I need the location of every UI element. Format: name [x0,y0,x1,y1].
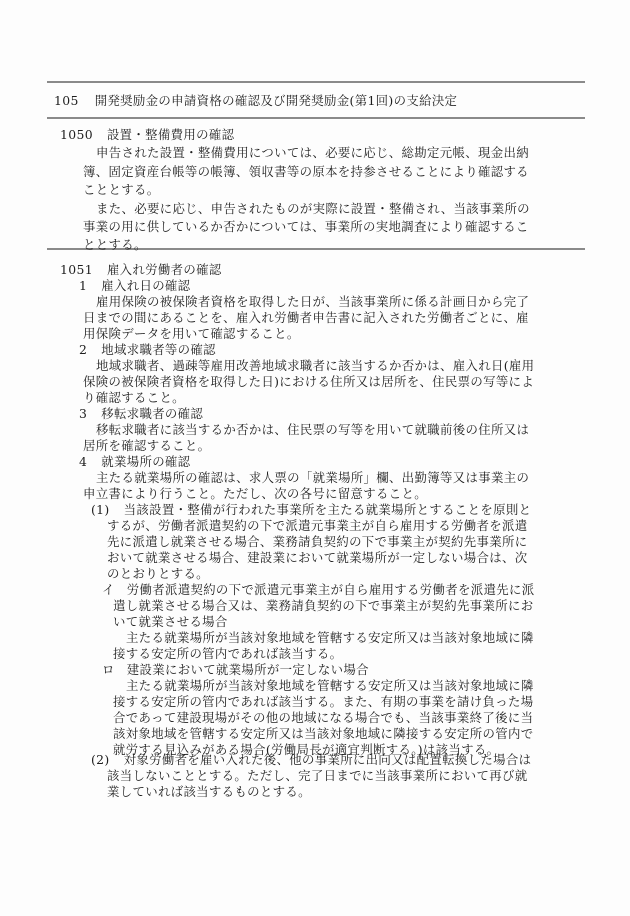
case-ro: ロ建設業において就業場所が一定しない場合 [102,662,369,678]
paragraph-line: おいて就業させる場合、建設業において就業場所が一定しない場合は、次 [107,550,527,566]
case-i: イ労働者派遣契約の下で派遣元事業主が自ら雇用する労働者を派遣先に派 [102,582,534,598]
paragraph-line: 主たる就業場所が当該対象地域を管轄する安定所又は当該対象地域に隣 [126,630,534,646]
top-rule [47,81,585,83]
paragraph-line: 日までの間にあることを、雇入れ労働者申告書に記入された労働者ごとに、雇 [83,310,529,326]
paragraph-line: 居所を確認すること。 [83,438,210,454]
paragraph-line: 地域求職者、過疎等雇用改善地域求職者に該当するか否かは、雇入れ日(雇用 [96,358,534,374]
paragraph-line: 事業の用に供しているか否かについては、事業所の実地調査により確認するこ [83,219,529,235]
paragraph-line: 用保険データを用いて確認すること。 [83,326,300,342]
paragraph-line: り確認すること。 [83,390,185,406]
header-bottom-rule [47,117,585,119]
subitem-1: (1)当該設置・整備が行われた事業所を主たる就業場所とすることを原則と [91,502,531,518]
paragraph-line: 遣し就業させる場合又は、業務請負契約の下で事業主が契約先事業所にお [113,598,533,614]
item-4-heading: 4就業場所の確認 [79,454,190,470]
paragraph-line: 移転求職者に該当するか否かは、住民票の写等を用いて就職前後の住所又は [96,422,529,438]
paragraph-line: 主たる就業場所が当該対象地域を管轄する安定所又は当該対象地域に隣 [126,678,534,694]
paragraph-line: 該当しないこととする。ただし、完了日までに当該事業所において再び就 [107,768,527,784]
paragraph-line: 接する安定所の管内であれば該当する。また、有期の事業を請け負った場 [113,694,533,710]
paragraph-line: ととする。 [83,237,147,253]
paragraph-line: 主たる就業場所の確認は、求人票の「就業場所」欄、出勤簿等又は事業主の [96,470,529,486]
section-number: 1051 [60,262,93,278]
paragraph-line: のとおりとする。 [107,566,209,582]
section-1051-heading: 1051雇入れ労働者の確認 [60,262,222,278]
header-number: 105 [54,93,79,109]
paragraph-line: こととする。 [83,182,159,198]
paragraph-line: いて就業させる場合 [113,614,228,630]
paragraph-line: 該対象地域を管轄する安定所又は当該対象地域に隣接する安定所の管内で [113,726,533,742]
paragraph-line: 簿、固定資産台帳等の帳簿、領収書等の原本を持参させることにより確認する [83,164,529,180]
section-1050-heading: 1050設置・整備費用の確認 [60,127,234,143]
subitem-2: (2)対象労働者を雇い入れた後、他の事業所に出向又は配置転換した場合は [91,752,531,768]
paragraph-line: 申告された設置・整備費用については、必要に応じ、総勘定元帳、現金出納 [96,145,529,161]
paragraph-line: するが、労働者派遣契約の下で派遣元事業主が自ら雇用する労働者を派遣 [107,518,527,534]
section-heading: 雇入れ労働者の確認 [107,262,222,277]
paragraph-line: 接する安定所の管内であれば該当する。 [113,646,342,662]
item-2-heading: 2地域求職者等の確認 [79,342,216,358]
header-title: 開発奨励金の申請資格の確認及び開発奨励金(第1回)の支給決定 [95,93,458,108]
paragraph-line: 保険の被保険者資格を取得した日)における住所又は居所を、住民票の写等によ [83,374,534,390]
paragraph-line: 雇用保険の被保険者資格を取得した日が、当該事業所に係る計画日から完了 [96,294,529,310]
section-heading: 設置・整備費用の確認 [107,127,234,142]
item-1-heading: 1雇入れ日の確認 [79,278,190,294]
page-header: 105開発奨励金の申請資格の確認及び開発奨励金(第1回)の支給決定 [54,93,457,109]
paragraph-line: 合であって建設現場がその他の地域になる場合でも、当該事業終了後に当 [113,710,533,726]
paragraph-line: 先に派遣し就業させる場合、業務請負契約の下で事業主が契約先事業所に [107,534,527,550]
item-3-heading: 3移転求職者の確認 [79,406,203,422]
paragraph-line: 業していれば該当するものとする。 [107,784,311,800]
paragraph-line: 申立書により行うこと。ただし、次の各号に留意すること。 [83,486,427,502]
section-number: 1050 [60,127,93,143]
paragraph-line: また、必要に応じ、申告されたものが実際に設置・整備され、当該事業所の [96,201,530,217]
